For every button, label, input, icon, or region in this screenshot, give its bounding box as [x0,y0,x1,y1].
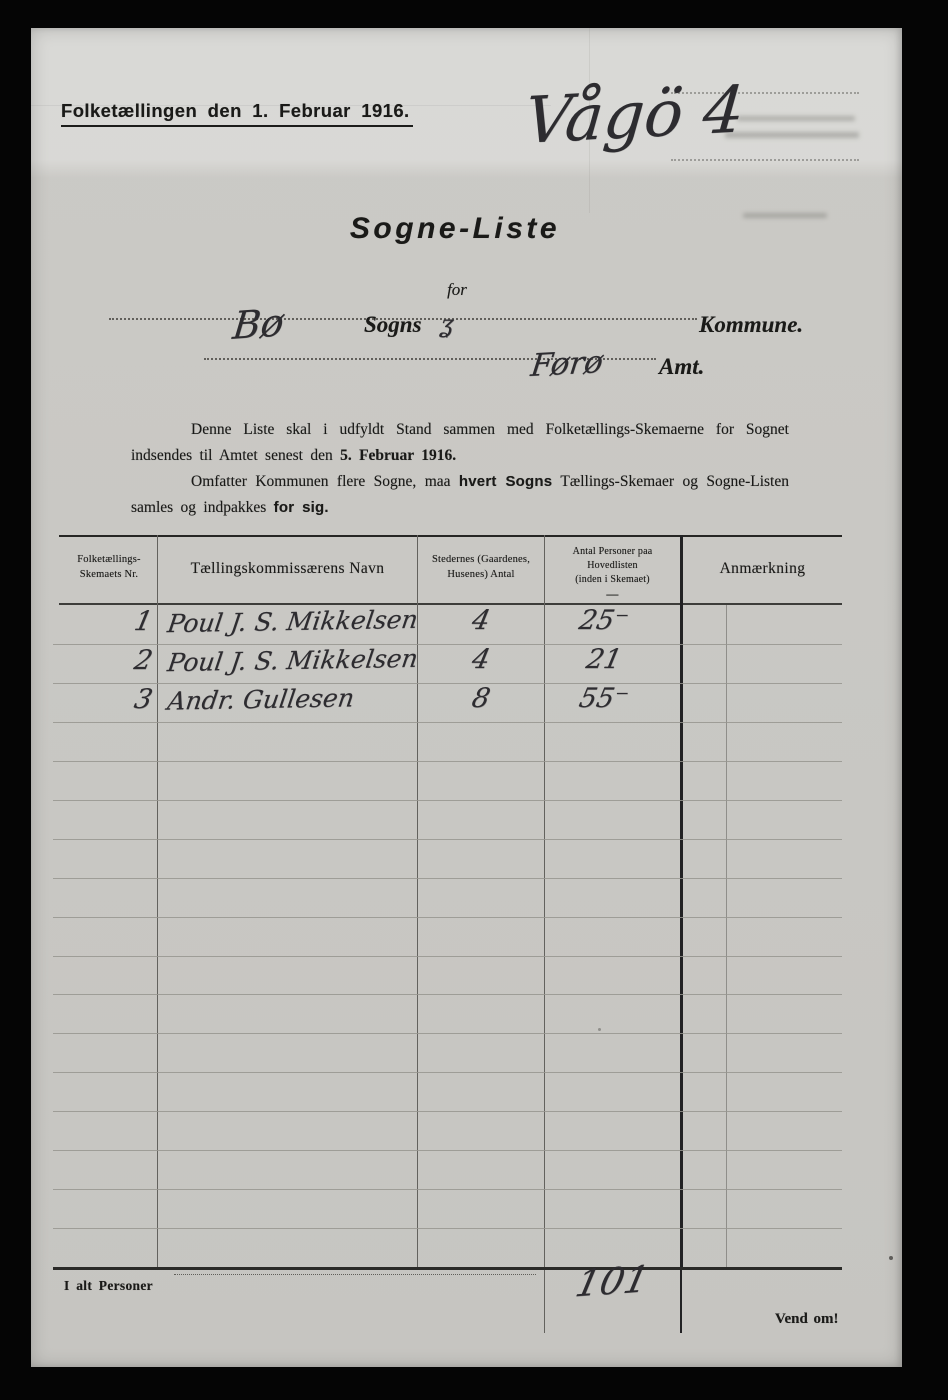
turn-over-label: Vend om! [775,1311,839,1328]
row-commissioner-name: Andr. Gullesen [166,683,356,715]
ink-speck [889,1256,893,1260]
sogns-label: Sogns [364,312,422,338]
handwritten-total-value: 101 [572,1258,653,1306]
total-leader-dots [174,1274,536,1275]
table-row-line [53,1111,842,1112]
table-row-line [53,1033,842,1034]
row-steder-antal: 4 [446,644,517,675]
row-schema-nr: 2 [83,645,156,676]
table-row-line [53,1072,842,1073]
column-header-skema-nr: Folketællings- Skemaets Nr. [61,552,157,582]
table-row-line [53,1189,842,1190]
ink-speck [598,1028,601,1031]
scan-background: Folketællingen den 1. Februar 1916. Vågö… [0,0,948,1400]
table-row-line [53,917,842,918]
table-row-line [53,722,842,723]
header-text: Hovedlisten [545,559,680,573]
total-label: I alt Personer [64,1278,153,1294]
instruction-text: Omfatter Kommunen flere Sogne, maa [191,473,459,490]
row-commissioner-name: Poul J. S. Mikkelsen [166,605,420,638]
row-personer-antal: 25⁻ [551,605,658,636]
form-title: Sogne-Liste [350,212,560,246]
table-row-line [53,761,842,762]
census-date-heading: Folketællingen den 1. Februar 1916. [61,100,413,127]
table-row-line [53,683,842,684]
bleedthrough-line [671,159,859,161]
instruction-bold-phrase: hvert Sogns [459,473,552,490]
row-steder-antal: 4 [446,605,517,636]
instructions-block: Denne Liste skal i udfyldt Stand sammen … [131,417,789,521]
handwritten-sogn-name: Bø [231,300,286,348]
header-dash-mark: — [545,587,680,601]
column-header-steder-antal: Stedernes (Gaardenes, Husenes) Antal [418,552,544,582]
row-schema-nr: 3 [83,684,156,715]
table-row-line [53,1150,842,1151]
table-row-line [53,956,842,957]
row-personer-antal: 21 [551,644,658,675]
bleedthrough-text-smudge [725,132,859,138]
row-personer-antal: 55⁻ [551,683,658,714]
bleedthrough-text-smudge [737,116,855,121]
handwritten-place-annotation: Vågö 4 [522,78,746,154]
instruction-bold-date: 5. Februar 1916. [340,447,456,464]
row-schema-nr: 1 [83,606,156,637]
column-header-antal-personer: Antal Personer paa Hovedlisten (inden i … [545,545,680,601]
table-row-line [53,878,842,879]
table-row-line [53,839,842,840]
row-commissioner-name: Poul J. S. Mikkelsen [166,644,420,677]
table-row-line [53,994,842,995]
handwritten-correction-mark: ʓ [438,310,455,338]
table-row-line [53,1228,842,1229]
row-steder-antal: 8 [446,683,517,714]
table-row-line [53,644,842,645]
total-cell-divider-heavy [680,1270,682,1333]
column-header-navn: Tællingskommissærens Navn [158,560,417,578]
bleedthrough-text-smudge [743,213,827,218]
table-header-bottom-border [59,603,842,605]
table-row-line [53,800,842,801]
amt-label: Amt. [659,354,704,380]
total-cell-divider [544,1270,545,1333]
for-label: for [447,280,467,300]
header-text: Husenes) Antal [418,567,544,582]
header-text: (inden i Skemaet) [545,573,680,587]
header-text: Skemaets Nr. [61,567,157,582]
paper-crease-line [726,605,727,1267]
table-top-border [59,535,842,537]
column-header-anmaerkning: Anmærkning [683,560,842,578]
census-form-page: Folketællingen den 1. Februar 1916. Vågö… [31,28,902,1367]
instruction-text: Denne Liste skal i udfyldt Stand sammen … [131,421,789,464]
handwritten-amt-name: Førø [529,344,605,384]
header-text: Stedernes (Gaardenes, [418,552,544,567]
kommune-label: Kommune. [699,312,803,338]
table-bottom-border [53,1267,842,1270]
instruction-bold-phrase: for sig. [274,499,329,516]
header-text: Folketællings- [61,552,157,567]
header-text: Antal Personer paa [545,545,680,559]
instruction-paragraph-1: Denne Liste skal i udfyldt Stand sammen … [131,417,789,469]
instruction-paragraph-2: Omfatter Kommunen flere Sogne, maa hvert… [131,469,789,521]
